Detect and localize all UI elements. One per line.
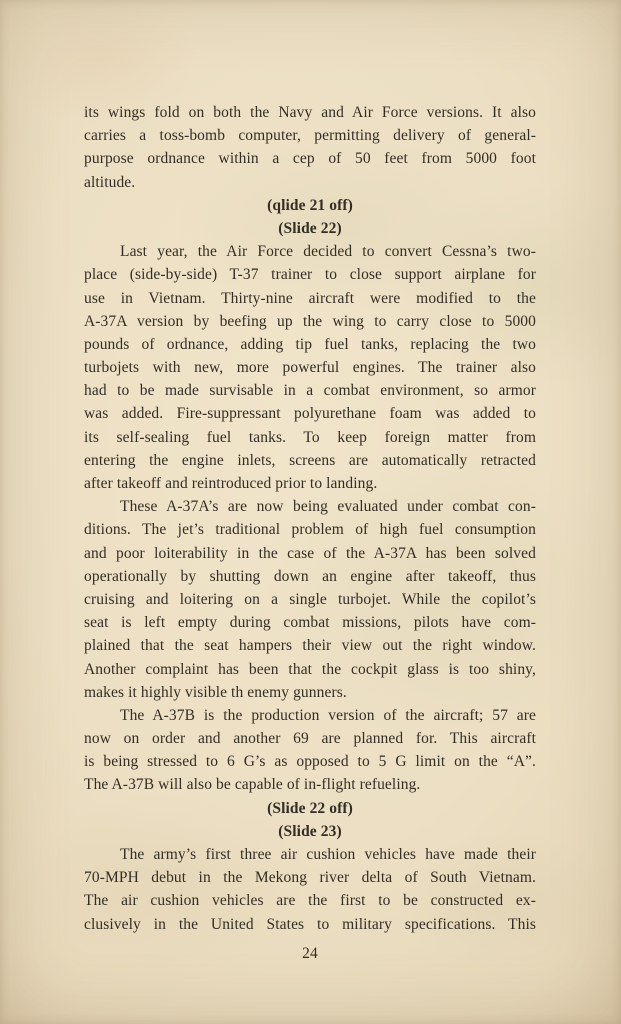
- slide-heading: (Slide 23): [84, 820, 536, 843]
- text-line: Last year, the Air Force decided to conv…: [84, 240, 536, 263]
- slide-heading: (qlide 21 off): [84, 194, 536, 217]
- text-line: 70-MPH debut in the Mekong river delta o…: [84, 866, 536, 889]
- text-line: use in Vietnam. Thirty-nine aircraft wer…: [84, 287, 536, 310]
- text-line: place (side-by-side) T-37 trainer to clo…: [84, 263, 536, 286]
- text-line: The army’s first three air cushion vehic…: [84, 843, 536, 866]
- text-line: Another complaint has been that the cock…: [84, 658, 536, 681]
- text-line: The A-37B will also be capable of in-fli…: [84, 773, 536, 796]
- text-line: clusively in the United States to milita…: [84, 913, 536, 936]
- text-line: cruising and loitering on a single turbo…: [84, 588, 536, 611]
- text-line: A-37A version by beefing up the wing to …: [84, 310, 536, 333]
- text-line: The A-37B is the production version of t…: [84, 704, 536, 727]
- scanned-page: its wings fold on both the Navy and Air …: [0, 0, 621, 1024]
- text-line: ditions. The jet’s traditional problem o…: [84, 518, 536, 541]
- text-line: purpose ordnance within a cep of 50 feet…: [84, 147, 536, 170]
- text-block: its wings fold on both the Navy and Air …: [84, 101, 536, 965]
- text-line: operationally by shutting down an engine…: [84, 565, 536, 588]
- text-line: after takeoff and reintroduced prior to …: [84, 472, 536, 495]
- text-line: plained that the seat hampers their view…: [84, 634, 536, 657]
- text-line: The air cushion vehicles are the first t…: [84, 889, 536, 912]
- text-line: These A-37A’s are now being evaluated un…: [84, 495, 536, 518]
- text-line: now on order and another 69 are planned …: [84, 727, 536, 750]
- page-number: 24: [84, 942, 536, 965]
- text-line: pounds of ordnance, adding tip fuel tank…: [84, 333, 536, 356]
- text-line: its wings fold on both the Navy and Air …: [84, 101, 536, 124]
- text-line: and poor loiterability in the case of th…: [84, 542, 536, 565]
- text-line: entering the engine inlets, screens are …: [84, 449, 536, 472]
- text-line: altitude.: [84, 171, 536, 194]
- text-line: makes it highly visible th enemy gunners…: [84, 681, 536, 704]
- text-line: had to be made survisable in a combat en…: [84, 379, 536, 402]
- text-line: is being stressed to 6 G’s as opposed to…: [84, 750, 536, 773]
- slide-heading: (Slide 22): [84, 217, 536, 240]
- text-line: its self-sealing fuel tanks. To keep for…: [84, 426, 536, 449]
- text-line: turbojets with new, more powerful engine…: [84, 356, 536, 379]
- text-line: was added. Fire-suppressant polyurethane…: [84, 402, 536, 425]
- text-line: carries a toss-bomb computer, permitting…: [84, 124, 536, 147]
- text-line: seat is left empty during combat mission…: [84, 611, 536, 634]
- slide-heading: (Slide 22 off): [84, 797, 536, 820]
